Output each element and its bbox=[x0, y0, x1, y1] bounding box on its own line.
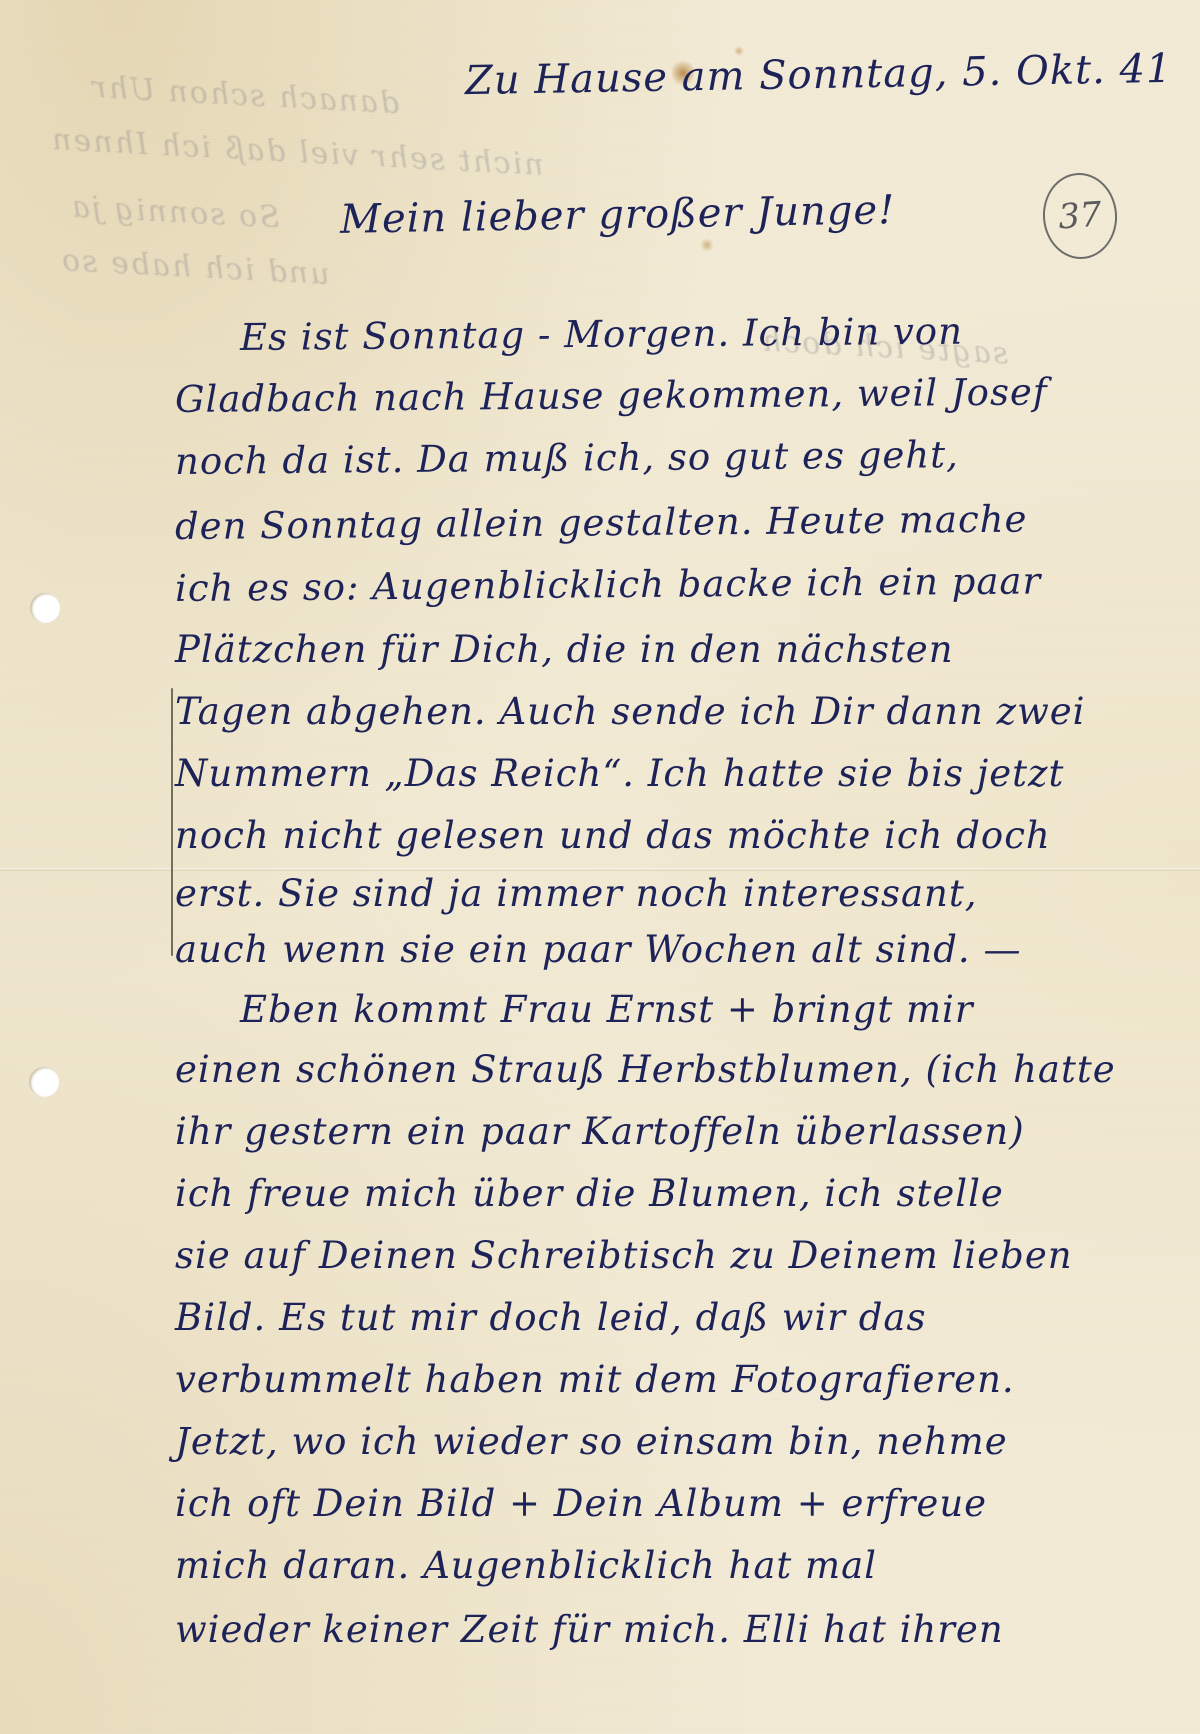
letter-line: ich freue mich über die Blumen, ich stel… bbox=[175, 1172, 1004, 1215]
letter-line: Es ist Sonntag - Morgen. Ich bin von bbox=[240, 310, 963, 359]
letter-line: erst. Sie sind ja immer noch interessant… bbox=[175, 872, 977, 915]
bleed-through-text: danach schon Uhr bbox=[89, 70, 400, 121]
letter-line: Gladbach nach Hause gekommen, weil Josef bbox=[175, 370, 1048, 421]
bleed-through-text: nicht sehr viel daß ich Ihnen bbox=[49, 122, 544, 183]
fold-crease bbox=[0, 868, 1200, 871]
letter-line: noch da ist. Da muß ich, so gut es geht, bbox=[175, 433, 959, 483]
letter-line: einen schönen Strauß Herbstblumen, (ich … bbox=[175, 1048, 1116, 1091]
letter-line: ich es so: Augenblicklich backe ich ein … bbox=[175, 559, 1042, 610]
letter-line: Eben kommt Frau Ernst + bringt mir bbox=[240, 988, 974, 1031]
letter-line: verbummelt haben mit dem Fotografieren. bbox=[175, 1358, 1015, 1401]
letter-line: den Sonntag allein gestalten. Heute mach… bbox=[175, 498, 1028, 548]
punch-hole-bottom bbox=[29, 1067, 59, 1097]
letter-line: auch wenn sie ein paar Wochen alt sind. … bbox=[175, 928, 1021, 971]
letter-salutation: Mein lieber großer Junge! bbox=[340, 187, 896, 243]
letter-line: ihr gestern ein paar Kartoffeln überlass… bbox=[175, 1110, 1025, 1153]
letter-dateline: Zu Hause am Sonntag, 5. Okt. 41 bbox=[465, 46, 1173, 104]
letter-page: danach schon Uhr nicht sehr viel daß ich… bbox=[0, 0, 1200, 1734]
letter-line: Bild. Es tut mir doch leid, daß wir das bbox=[175, 1296, 926, 1339]
letter-line: sie auf Deinen Schreibtisch zu Deinem li… bbox=[175, 1234, 1073, 1277]
punch-hole-top bbox=[30, 593, 60, 623]
letter-line: noch nicht gelesen und das möchte ich do… bbox=[175, 814, 1051, 857]
letter-line: ich oft Dein Bild + Dein Album + erfreue bbox=[175, 1482, 987, 1525]
letter-line: Nummern „Das Reich“. Ich hatte sie bis j… bbox=[175, 752, 1064, 795]
letter-line: Plätzchen für Dich, die in den nächsten bbox=[175, 628, 954, 671]
archive-number-stamp: 37 bbox=[1040, 171, 1120, 262]
letter-line: mich daran. Augenblicklich hat mal bbox=[175, 1544, 877, 1587]
letter-line: wieder keiner Zeit für mich. Elli hat ih… bbox=[175, 1608, 1004, 1651]
paper-stain bbox=[700, 238, 714, 252]
letter-line: Tagen abgehen. Auch sende ich Dir dann z… bbox=[175, 690, 1086, 733]
margin-mark-line bbox=[171, 688, 173, 956]
bleed-through-text: So sonnig ja bbox=[69, 190, 280, 236]
bleed-through-text: und ich habe so bbox=[59, 243, 330, 292]
letter-line: Jetzt, wo ich wieder so einsam bin, nehm… bbox=[175, 1420, 1008, 1463]
